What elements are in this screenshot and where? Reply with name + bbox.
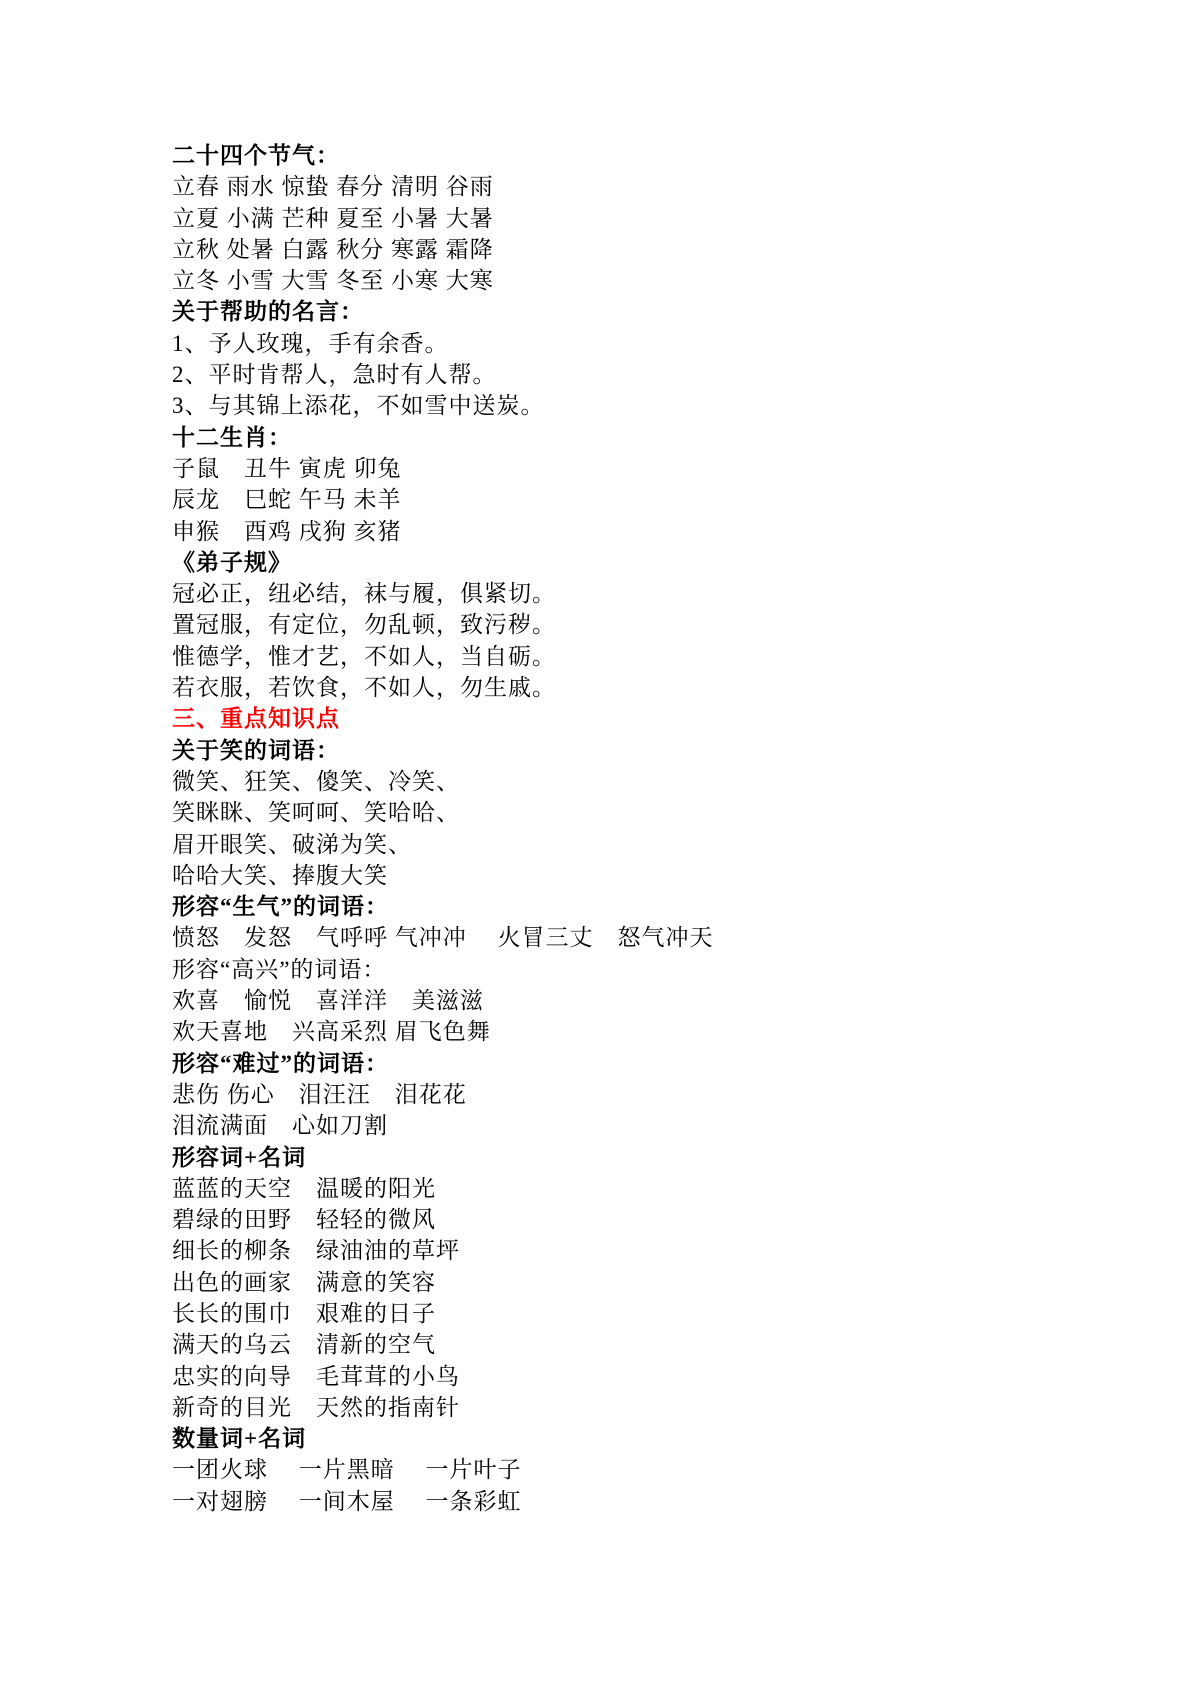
text-line: 1、予人玫瑰，手有余香。 — [172, 328, 1072, 359]
text-line: 眉开眼笑、破涕为笑、 — [172, 829, 1072, 860]
section-heading: 形容“难过”的词语： — [172, 1048, 1072, 1079]
text-line: 微笑、狂笑、傻笑、冷笑、 — [172, 766, 1072, 797]
text-line: 若衣服，若饮食，不如人，勿生戚。 — [172, 672, 1072, 703]
text-line: 长长的围巾 艰难的日子 — [172, 1298, 1072, 1329]
section-heading: 形容词+名词 — [172, 1142, 1072, 1173]
text-line: 形容“高兴”的词语： — [172, 954, 1072, 985]
section-heading: 二十四个节气： — [172, 140, 1072, 171]
section-heading: 《弟子规》 — [172, 547, 1072, 578]
text-line: 碧绿的田野 轻轻的微风 — [172, 1204, 1072, 1235]
text-line: 一团火球 一片黑暗 一片叶子 — [172, 1454, 1072, 1485]
text-line: 哈哈大笑、捧腹大笑 — [172, 860, 1072, 891]
section-heading: 形容“生气”的词语： — [172, 891, 1072, 922]
document-page: 二十四个节气：立春 雨水 惊蛰 春分 清明 谷雨立夏 小满 芒种 夏至 小暑 大… — [0, 0, 1191, 1684]
text-line: 欢天喜地 兴高采烈 眉飞色舞 — [172, 1016, 1072, 1047]
text-line: 置冠服，有定位，勿乱顿，致污秽。 — [172, 609, 1072, 640]
text-line: 立冬 小雪 大雪 冬至 小寒 大寒 — [172, 265, 1072, 296]
section-heading: 十二生肖： — [172, 422, 1072, 453]
document-body: 二十四个节气：立春 雨水 惊蛰 春分 清明 谷雨立夏 小满 芒种 夏至 小暑 大… — [172, 140, 1072, 1517]
text-line: 蓝蓝的天空 温暖的阳光 — [172, 1173, 1072, 1204]
text-line: 辰龙 巳蛇 午马 未羊 — [172, 484, 1072, 515]
text-line: 新奇的目光 天然的指南针 — [172, 1392, 1072, 1423]
text-line: 惟德学，惟才艺，不如人，当自砺。 — [172, 641, 1072, 672]
text-line: 3、与其锦上添花，不如雪中送炭。 — [172, 390, 1072, 421]
text-line: 子鼠 丑牛 寅虎 卯兔 — [172, 453, 1072, 484]
text-line: 笑眯眯、笑呵呵、笑哈哈、 — [172, 797, 1072, 828]
text-line: 立秋 处暑 白露 秋分 寒露 霜降 — [172, 234, 1072, 265]
text-line: 立春 雨水 惊蛰 春分 清明 谷雨 — [172, 171, 1072, 202]
text-line: 泪流满面 心如刀割 — [172, 1110, 1072, 1141]
section-heading: 关于笑的词语： — [172, 735, 1072, 766]
text-line: 悲伤 伤心 泪汪汪 泪花花 — [172, 1079, 1072, 1110]
text-line: 欢喜 愉悦 喜洋洋 美滋滋 — [172, 985, 1072, 1016]
text-line: 细长的柳条 绿油油的草坪 — [172, 1235, 1072, 1266]
text-line: 申猴 酉鸡 戌狗 亥猪 — [172, 516, 1072, 547]
section-heading: 关于帮助的名言： — [172, 296, 1072, 327]
text-line: 出色的画家 满意的笑容 — [172, 1267, 1072, 1298]
text-line: 愤怒 发怒 气呼呼 气冲冲 火冒三丈 怒气冲天 — [172, 922, 1072, 953]
text-line: 立夏 小满 芒种 夏至 小暑 大暑 — [172, 203, 1072, 234]
section-heading: 三、重点知识点 — [172, 703, 1072, 734]
text-line: 一对翅膀 一间木屋 一条彩虹 — [172, 1486, 1072, 1517]
text-line: 忠实的向导 毛茸茸的小鸟 — [172, 1361, 1072, 1392]
text-line: 冠必正，纽必结，袜与履，俱紧切。 — [172, 578, 1072, 609]
text-line: 2、平时肯帮人，急时有人帮。 — [172, 359, 1072, 390]
text-line: 满天的乌云 清新的空气 — [172, 1329, 1072, 1360]
section-heading: 数量词+名词 — [172, 1423, 1072, 1454]
